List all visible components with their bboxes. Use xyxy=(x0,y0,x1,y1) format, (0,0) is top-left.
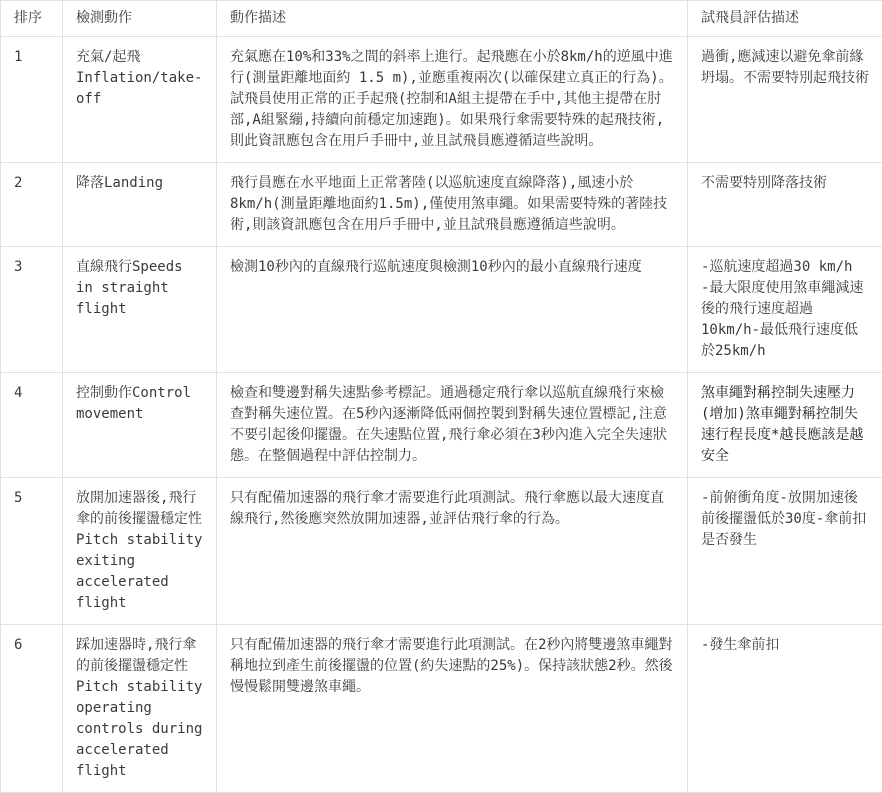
cell-order: 2 xyxy=(1,163,63,247)
cell-action: 踩加速器時,飛行傘的前後擺盪穩定性 Pitch stability operat… xyxy=(63,625,217,793)
cell-action: 降落Landing xyxy=(63,163,217,247)
table-row: 1 充氣/起飛 Inflation/take-off 充氣應在10%和33%之間… xyxy=(1,37,882,163)
cell-order: 1 xyxy=(1,37,63,163)
table-row: 3 直線飛行Speeds in straight flight 檢測10秒內的直… xyxy=(1,247,882,373)
cell-order: 4 xyxy=(1,373,63,478)
cell-order: 5 xyxy=(1,478,63,625)
cell-evaluation: 過衝,應減速以避免傘前緣坍塌。不需要特別起飛技術 xyxy=(688,37,882,163)
cell-description: 檢查和雙邊對稱失速點參考標記。通過穩定飛行傘以巡航直線飛行來檢查對稱失速位置。在… xyxy=(217,373,688,478)
cell-description: 檢測10秒內的直線飛行巡航速度與檢測10秒內的最小直線飛行速度 xyxy=(217,247,688,373)
header-evaluation: 試飛員評估描述 xyxy=(688,1,882,37)
header-order: 排序 xyxy=(1,1,63,37)
cell-order: 6 xyxy=(1,625,63,793)
header-description: 動作描述 xyxy=(217,1,688,37)
flight-test-table: 排序 檢測動作 動作描述 試飛員評估描述 1 充氣/起飛 Inflation/t… xyxy=(0,0,882,793)
cell-description: 只有配備加速器的飛行傘才需要進行此項測試。飛行傘應以最大速度直線飛行,然後應突然… xyxy=(217,478,688,625)
table-row: 5 放開加速器後,飛行傘的前後擺盪穩定性 Pitch stability exi… xyxy=(1,478,882,625)
cell-evaluation: -前俯衝角度-放開加速後前後擺盪低於30度-傘前扣是否發生 xyxy=(688,478,882,625)
cell-evaluation: -巡航速度超過30 km/h -最大限度使用煞車繩減速後的飛行速度超過10km/… xyxy=(688,247,882,373)
header-row: 排序 檢測動作 動作描述 試飛員評估描述 xyxy=(1,1,882,37)
cell-description: 飛行員應在水平地面上正常著陸(以巡航速度直線降落),風速小於8km/h(測量距離… xyxy=(217,163,688,247)
cell-evaluation: 煞車繩對稱控制失速壓力(增加)煞車繩對稱控制失速行程長度*越長應該是越安全 xyxy=(688,373,882,478)
cell-action: 充氣/起飛 Inflation/take-off xyxy=(63,37,217,163)
header-action: 檢測動作 xyxy=(63,1,217,37)
table-row: 4 控制動作Control movement 檢查和雙邊對稱失速點參考標記。通過… xyxy=(1,373,882,478)
cell-action: 控制動作Control movement xyxy=(63,373,217,478)
cell-order: 3 xyxy=(1,247,63,373)
table-row: 2 降落Landing 飛行員應在水平地面上正常著陸(以巡航速度直線降落),風速… xyxy=(1,163,882,247)
cell-action: 放開加速器後,飛行傘的前後擺盪穩定性 Pitch stability exiti… xyxy=(63,478,217,625)
cell-evaluation: -發生傘前扣 xyxy=(688,625,882,793)
cell-description: 充氣應在10%和33%之間的斜率上進行。起飛應在小於8km/h的逆風中進行(測量… xyxy=(217,37,688,163)
cell-action: 直線飛行Speeds in straight flight xyxy=(63,247,217,373)
cell-evaluation: 不需要特別降落技術 xyxy=(688,163,882,247)
cell-description: 只有配備加速器的飛行傘才需要進行此項測試。在2秒內將雙邊煞車繩對稱地拉到產生前後… xyxy=(217,625,688,793)
